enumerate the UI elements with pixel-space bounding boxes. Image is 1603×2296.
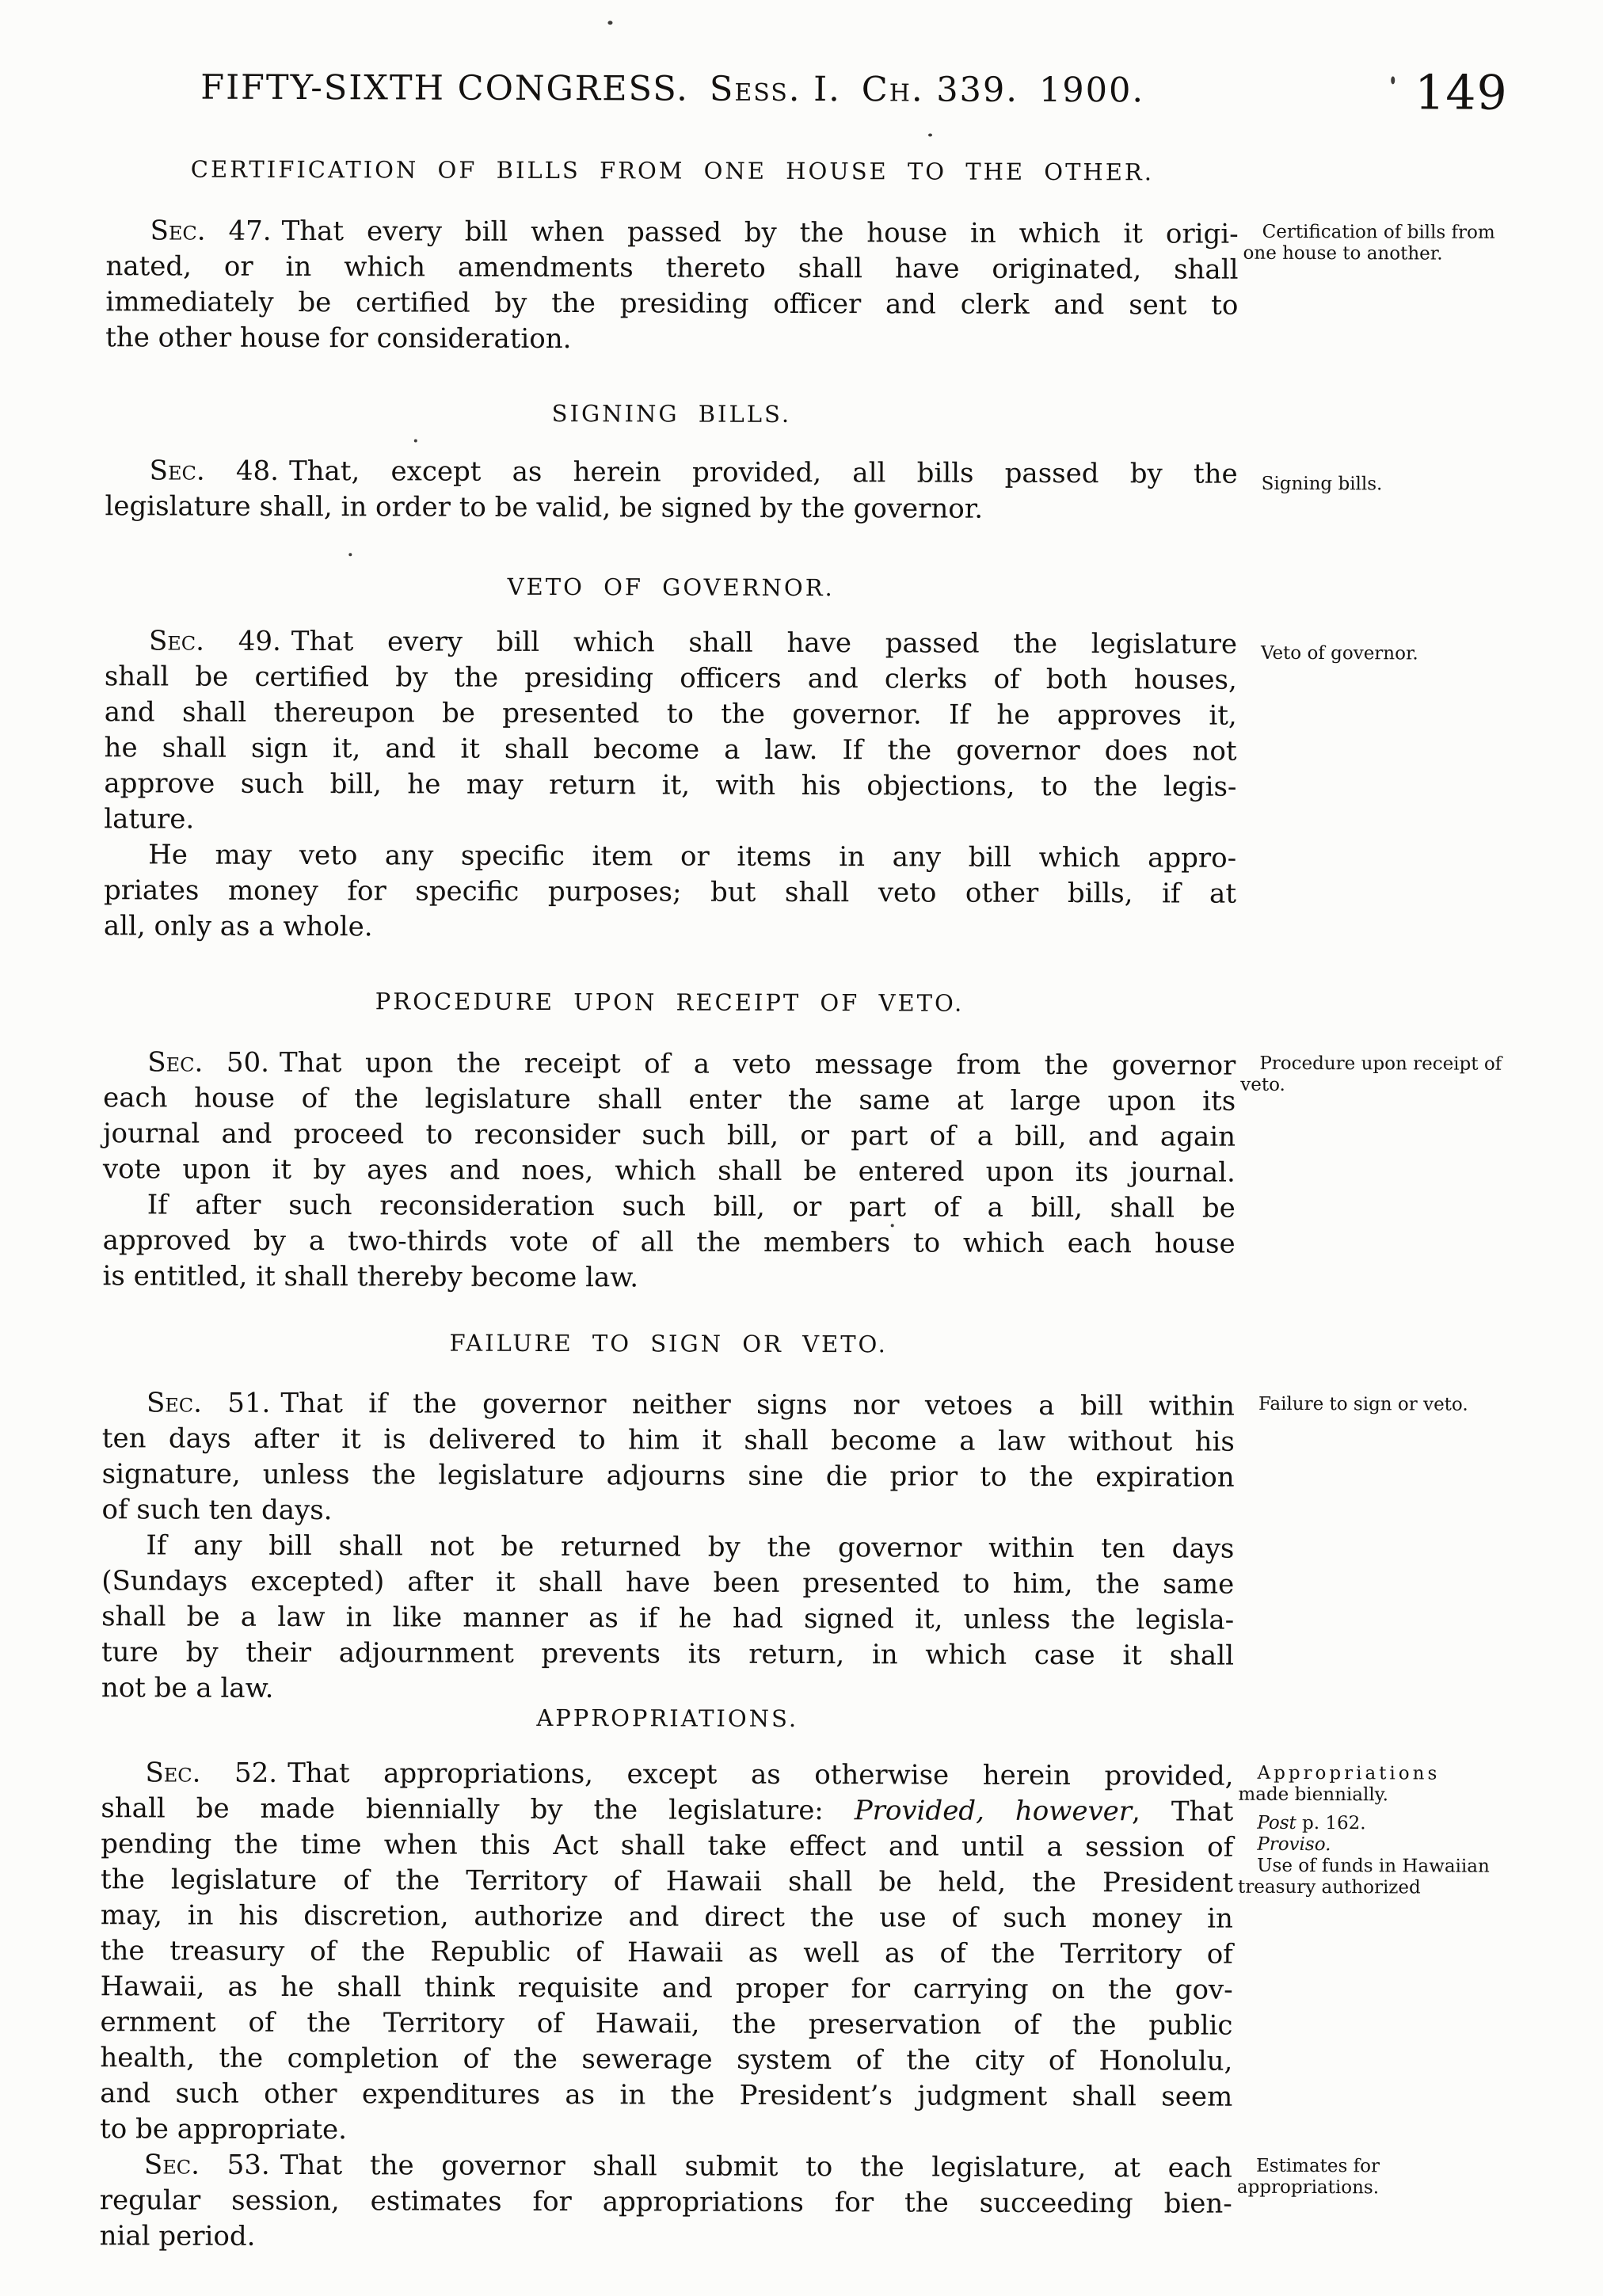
paragraph-sec-50: Sec. 50.That upon the receipt of a veto … bbox=[103, 1045, 1236, 1190]
section-heading-veto: VETO OF GOVERNOR. bbox=[105, 571, 1237, 603]
body-text: That if the governor neither signs nor v… bbox=[280, 1388, 1235, 1422]
body-line: journal and proceed to reconsider such b… bbox=[103, 1116, 1236, 1155]
margin-note-signing: Signing bills. bbox=[1243, 474, 1509, 496]
body-line: legislature shall, in order to be valid,… bbox=[105, 489, 1237, 527]
margin-note-proviso: Proviso. bbox=[1238, 1834, 1504, 1856]
running-header: FIFTY-SIXTH CONGRESS.Sess. I.Ch. 339.190… bbox=[106, 67, 1239, 110]
paragraph-sec-51: Sec. 51.That if the governor neither sig… bbox=[101, 1385, 1235, 1531]
body-line: If any bill shall not be returned by the… bbox=[101, 1528, 1234, 1567]
body-line: ernment of the Territory of Hawaii, the … bbox=[100, 2005, 1232, 2043]
body-line: immediately be certified by the presidin… bbox=[105, 284, 1238, 323]
body-line: nial period. bbox=[100, 2218, 1232, 2257]
body-line: Sec. 52.That appropriations, except as o… bbox=[101, 1755, 1233, 1794]
body-line: he shall sign it, and it shall become a … bbox=[105, 730, 1237, 769]
scan-speck bbox=[414, 439, 417, 442]
margin-note-text: p. 162. bbox=[1296, 1813, 1366, 1833]
chapter-label: Ch. 339. bbox=[862, 70, 1019, 110]
body-line: to be appropriate. bbox=[100, 2111, 1232, 2150]
main-text-column: CERTIFICATION OF BILLS FROM ONE HOUSE TO… bbox=[107, 0, 1239, 2]
body-line: approved by a two-thirds vote of all the… bbox=[103, 1223, 1236, 1262]
margin-note-veto: Veto of governor. bbox=[1242, 643, 1508, 665]
body-line: Sec. 53.That the governor shall submit t… bbox=[100, 2147, 1232, 2186]
section-heading-failure: FAILURE TO SIGN OR VETO. bbox=[102, 1327, 1235, 1359]
body-line: pending the time when this Act shall tak… bbox=[101, 1826, 1233, 1865]
margin-note-procedure: Procedure upon receipt of veto. bbox=[1240, 1053, 1506, 1097]
body-line: shall be certified by the presiding offi… bbox=[105, 659, 1237, 698]
body-line: vote upon it by ayes and noes, which sha… bbox=[103, 1152, 1236, 1190]
body-line: Sec. 49.That every bill which shall have… bbox=[105, 623, 1237, 662]
body-line: and shall thereupon be presented to the … bbox=[105, 695, 1237, 733]
section-heading-appropriations: APPROPRIATIONS. bbox=[101, 1702, 1234, 1734]
section-label: Sec. 47. bbox=[150, 215, 272, 246]
congress-label: FIFTY-SIXTH CONGRESS. bbox=[200, 68, 689, 109]
body-line: is entitled, it shall thereby become law… bbox=[102, 1258, 1235, 1297]
body-text: That appropriations, except as otherwise… bbox=[287, 1757, 1234, 1792]
body-line: approve such bill, he may return it, wit… bbox=[104, 766, 1236, 805]
body-line: the other house for consideration. bbox=[105, 320, 1238, 359]
body-line: signature, unless the legislature adjour… bbox=[102, 1456, 1235, 1495]
section-label: Sec. 53. bbox=[144, 2149, 270, 2180]
body-line: the legislature of the Territory of Hawa… bbox=[101, 1862, 1233, 1901]
paragraph-sec-47: Sec. 47.That every bill when passed by t… bbox=[105, 213, 1239, 359]
body-line: shall be made biennially by the legislat… bbox=[101, 1791, 1233, 1830]
scan-speck bbox=[891, 1224, 894, 1227]
body-line: all, only as a whole. bbox=[104, 908, 1236, 947]
section-label: Sec. 52. bbox=[145, 1757, 277, 1789]
statute-page: FIFTY-SIXTH CONGRESS.Sess. I.Ch. 339.190… bbox=[0, 0, 1603, 2296]
scan-speck bbox=[1391, 76, 1395, 84]
margin-note-appropriations: Appropriations made biennially. bbox=[1238, 1763, 1504, 1807]
body-line: Sec. 51.That if the governor neither sig… bbox=[102, 1385, 1235, 1424]
margin-note-post-reference: Post p. 162. bbox=[1238, 1813, 1504, 1835]
body-text: That every bill when passed by the house… bbox=[282, 215, 1239, 250]
body-line: nated, or in which amendments thereto sh… bbox=[105, 249, 1238, 287]
margin-note-use-of-funds: Use of funds in Hawaiian treasury author… bbox=[1238, 1856, 1504, 1899]
post-italic: Post bbox=[1257, 1813, 1296, 1833]
year-label: 1900. bbox=[1039, 70, 1144, 110]
margin-note-failure: Failure to sign or veto. bbox=[1239, 1394, 1506, 1416]
body-line: Sec. 48.That, except as herein provided,… bbox=[105, 453, 1238, 492]
body-line: (Sundays excepted) after it shall have b… bbox=[101, 1563, 1234, 1602]
body-text: That the governor shall submit to the le… bbox=[280, 2149, 1232, 2184]
margin-note-certification: Certification of bills from one house to… bbox=[1243, 222, 1510, 265]
body-line: If after such reconsideration such bill,… bbox=[103, 1187, 1236, 1226]
body-line: lature. bbox=[104, 802, 1236, 840]
proviso-italic-text: Provided, however bbox=[855, 1795, 1132, 1827]
body-line: and such other expenditures as in the Pr… bbox=[100, 2076, 1232, 2115]
scan-speck bbox=[607, 21, 612, 25]
margin-note-text: Appropriations bbox=[1238, 1763, 1504, 1785]
body-line: of such ten days. bbox=[101, 1492, 1234, 1531]
section-heading-signing: SIGNING BILLS. bbox=[105, 398, 1238, 429]
section-heading-procedure: PROCEDURE UPON RECEIPT OF VETO. bbox=[104, 986, 1236, 1018]
body-line: each house of the legislature shall ente… bbox=[103, 1080, 1236, 1119]
body-line: regular session, estimates for appropria… bbox=[100, 2183, 1232, 2222]
scan-speck bbox=[348, 553, 352, 556]
scanned-sheet: FIFTY-SIXTH CONGRESS.Sess. I.Ch. 339.190… bbox=[0, 0, 1603, 2296]
margin-note-estimates: Estimates for appropriations. bbox=[1237, 2156, 1503, 2199]
paragraph-sec-49: Sec. 49.That every bill which shall have… bbox=[104, 623, 1237, 840]
page-number: 149 bbox=[1415, 65, 1508, 120]
body-text: That, except as herein provided, all bil… bbox=[289, 455, 1238, 490]
body-line: may, in his discretion, authorize and di… bbox=[101, 1898, 1233, 1936]
section-label: Sec. 50. bbox=[147, 1046, 269, 1078]
body-line: He may veto any specific item or items i… bbox=[104, 837, 1236, 876]
margin-note-text: made biennially. bbox=[1238, 1784, 1504, 1807]
paragraph-sec-52: Sec. 52.That appropriations, except as o… bbox=[100, 1755, 1234, 2150]
body-text: , That bbox=[1132, 1795, 1233, 1827]
body-text: That upon the receipt of a veto message … bbox=[280, 1047, 1236, 1082]
session-label: Sess. I. bbox=[710, 70, 841, 110]
section-heading-certification: CERTIFICATION OF BILLS FROM ONE HOUSE TO… bbox=[106, 154, 1239, 186]
section-label: Sec. 51. bbox=[147, 1387, 271, 1418]
body-line: Sec. 47.That every bill when passed by t… bbox=[106, 213, 1239, 252]
body-line: Sec. 50.That upon the receipt of a veto … bbox=[103, 1045, 1236, 1083]
body-line: the treasury of the Republic of Hawaii a… bbox=[101, 1933, 1233, 1972]
paragraph-not-returned: If any bill shall not be returned by the… bbox=[101, 1528, 1235, 1709]
paragraph-reconsideration: If after such reconsideration such bill,… bbox=[102, 1187, 1235, 1297]
body-text: shall be made biennially by the legislat… bbox=[101, 1792, 855, 1826]
body-line: priates money for specific purposes; but… bbox=[104, 873, 1236, 912]
paragraph-sec-48: Sec. 48.That, except as herein provided,… bbox=[105, 453, 1237, 527]
body-line: Hawaii, as he shall think requisite and … bbox=[101, 1969, 1233, 2008]
paragraph-veto-items: He may veto any specific item or items i… bbox=[104, 837, 1236, 947]
body-line: health, the completion of the sewerage s… bbox=[100, 2040, 1232, 2079]
section-label: Sec. 49. bbox=[149, 625, 281, 657]
body-line: ture by their adjournment prevents its r… bbox=[101, 1635, 1234, 1673]
paragraph-sec-53: Sec. 53.That the governor shall submit t… bbox=[100, 2147, 1232, 2257]
body-text: That every bill which shall have passed … bbox=[291, 626, 1237, 661]
scan-speck bbox=[928, 133, 932, 136]
body-line: ten days after it is delivered to him it… bbox=[102, 1421, 1235, 1460]
section-label: Sec. 48. bbox=[150, 455, 279, 487]
margin-notes-column: Certification of bills from one house to… bbox=[1244, 2, 1510, 2]
body-line: shall be a law in like manner as if he h… bbox=[101, 1599, 1234, 1638]
